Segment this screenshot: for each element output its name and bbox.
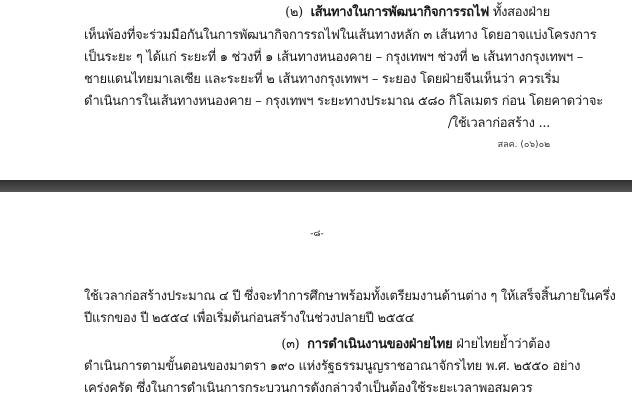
paragraph-line: ใช้เวลาก่อสร้างประมาณ ๔ ปี ซึ่งจะทำการศึ… bbox=[84, 288, 550, 306]
page-number: -๘- bbox=[302, 228, 332, 240]
section-2-heading-line: (๒) เส้นทางในการพัฒนากิจการรถไฟ ทั้งสองฝ… bbox=[280, 4, 550, 22]
paragraph-line: ชายแดนไทยมาเลเซีย และระยะที่ ๒ เส้นทางกร… bbox=[84, 71, 550, 89]
section-3-heading-tail: ฝ่ายไทยย้ำว่าต้อง bbox=[452, 337, 550, 352]
reference-code: สลค. (๐๖)๐๒ bbox=[498, 139, 550, 151]
section-3-heading: การดำเนินงานของฝ่ายไทย bbox=[307, 337, 452, 352]
section-2-heading-tail: ทั้งสองฝ่าย bbox=[489, 5, 550, 20]
continuation-marker: /ใช้เวลาก่อสร้าง ... bbox=[84, 115, 550, 133]
paragraph-line: เป็นระยะ ๆ ได้แก่ ระยะที่ ๑ ช่วงที่ ๑ เส… bbox=[84, 49, 550, 67]
paragraph-line: เห็นพ้องที่จะร่วมมือกันในการพัฒนากิจการร… bbox=[84, 27, 550, 45]
section-3-heading-line: (๓) การดำเนินงานของฝ่ายไทย ฝ่ายไทยย้ำว่า… bbox=[280, 336, 550, 354]
paragraph-line: เคร่งครัด ซึ่งในการดำเนินการกระบวนการดัง… bbox=[84, 380, 550, 398]
paragraph-line: ดำเนินการในเส้นทางหนองคาย – กรุงเทพฯ ระย… bbox=[84, 93, 550, 111]
document-page-top: (๒) เส้นทางในการพัฒนากิจการรถไฟ ทั้งสองฝ… bbox=[0, 0, 632, 180]
paragraph-line: ปีแรกของ ปี ๒๕๕๔ เพื่อเริ่มต้นก่อนสร้างใ… bbox=[84, 310, 550, 328]
document-page-bottom: -๘- ใช้เวลาก่อสร้างประมาณ ๔ ปี ซึ่งจะทำก… bbox=[0, 192, 632, 402]
page-separator bbox=[0, 180, 632, 192]
paragraph-line: ดำเนินการตามขั้นตอนของมาตรา ๑๙๐ แห่งรัฐธ… bbox=[84, 358, 550, 376]
section-3-number: (๓) bbox=[281, 337, 299, 352]
section-2-heading: เส้นทางในการพัฒนากิจการรถไฟ bbox=[311, 5, 489, 20]
section-2-number: (๒) bbox=[285, 5, 303, 20]
